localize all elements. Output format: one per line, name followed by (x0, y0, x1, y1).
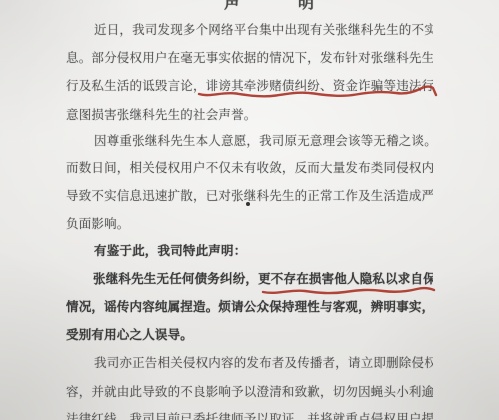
statement-line: 因尊重张继科先生本人意愿，我司原无意理会该等无稽之谈。然 (94, 133, 433, 150)
statement-line: 行及私生活的诋毁言论，诽谤其牵涉赌债纠纷、资金诈骗等违法行为， (66, 78, 433, 95)
statement-line: 法律红线。我司目前已委托律师予以取证，并将就重点侵权用户提起 (66, 411, 433, 420)
statement-declaration-heading: 有鉴于此，我司特此声明： (94, 243, 433, 260)
statement-line: 我司亦正告相关侵权内容的发布者及传播者，请立即删除侵权内 (94, 355, 433, 372)
ink-dot-artifact (246, 202, 250, 206)
statement-line: 情况，谣传内容纯属捏造。烦请公众保持理性与客观，辨明事实，勿 (66, 299, 433, 316)
statement-document-photo: 声 明 近日，我司发现多个网络平台集中出现有关张继科先生的不实信 息。部分侵权用… (0, 0, 499, 420)
statement-line: 而数日间，相关侵权用户不仅未有收敛，反而大量发布类同侵权内容， (66, 160, 433, 177)
statement-line: 受别有用心之人误导。 (66, 327, 193, 344)
statement-line: 近日，我司发现多个网络平台集中出现有关张继科先生的不实信 (94, 22, 433, 39)
statement-line: 意图损害张继科先生的社会声誉。 (66, 107, 257, 124)
statement-line: 负面影响。 (66, 216, 130, 233)
page-title: 声 明 (224, 0, 314, 15)
statement-line: 容，并就由此导致的不良影响予以澄清和致歉，切勿因蝇头小利逾越 (66, 384, 433, 401)
statement-line: 张继科先生无任何债务纠纷，更不存在损害他人隐私以求自保之 (93, 271, 433, 288)
red-wavy-underline-2 (263, 288, 434, 293)
statement-line: 息。部分侵权用户在毫无事实依据的情况下，发布针对张继科先生品 (66, 50, 433, 67)
